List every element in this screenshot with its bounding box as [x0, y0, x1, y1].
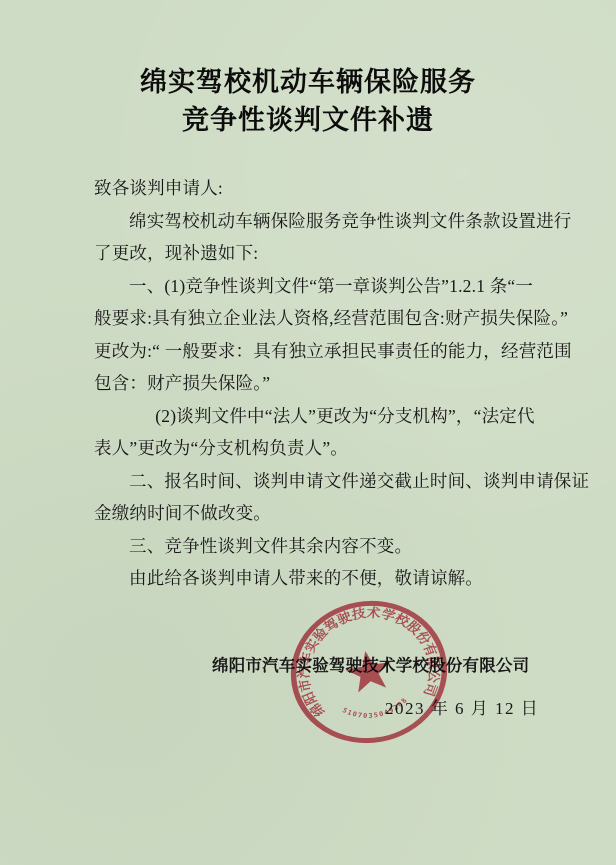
body-line: 二、报名时间、谈判申请文件递交截止时间、谈判申请保证 [94, 465, 530, 498]
body-line: 绵实驾校机动车辆保险服务竞争性谈判文件条款设置进行 [94, 205, 530, 238]
body-line: 表人”更改为“分支机构负责人”。 [94, 432, 530, 465]
body-line: (2)谈判文件中“法人”更改为“分支机构”，“法定代 [94, 400, 530, 433]
signature-date: 2023 年 6 月 12 日 [385, 694, 539, 719]
body-line: 由此给各谈判申请人带来的不便，敬请谅解。 [94, 562, 530, 595]
body-line: 了更改，现补遗如下: [94, 237, 530, 270]
document-title: 绵实驾校机动车辆保险服务 竞争性谈判文件补遗 [0, 63, 616, 139]
body-line: 金缴纳时间不做改变。 [94, 497, 530, 530]
body-line: 般要求:具有独立企业法人资格,经营范围包含:财产损失保险。” [94, 302, 530, 335]
body-line: 致各谈判申请人: [94, 172, 530, 205]
signature-company: 绵阳市汽车实验驾驶技术学校股份有限公司 [212, 652, 529, 676]
body-line: 包含：财产损失保险。” [94, 367, 530, 400]
document-page: 绵实驾校机动车辆保险服务 竞争性谈判文件补遗 致各谈判申请人: 绵实驾校机动车辆… [0, 0, 616, 865]
body-line: 三、竞争性谈判文件其余内容不变。 [94, 530, 530, 563]
body-line: 更改为:“ 一般要求：具有独立承担民事责任的能力，经营范围 [94, 335, 530, 368]
document-body: 致各谈判申请人: 绵实驾校机动车辆保险服务竞争性谈判文件条款设置进行 了更改，现… [94, 172, 530, 595]
title-line-1: 绵实驾校机动车辆保险服务 [0, 63, 616, 101]
body-line: 一、(1)竞争性谈判文件“第一章谈判公告”1.2.1 条“一 [94, 270, 530, 303]
title-line-2: 竞争性谈判文件补遗 [0, 101, 616, 139]
